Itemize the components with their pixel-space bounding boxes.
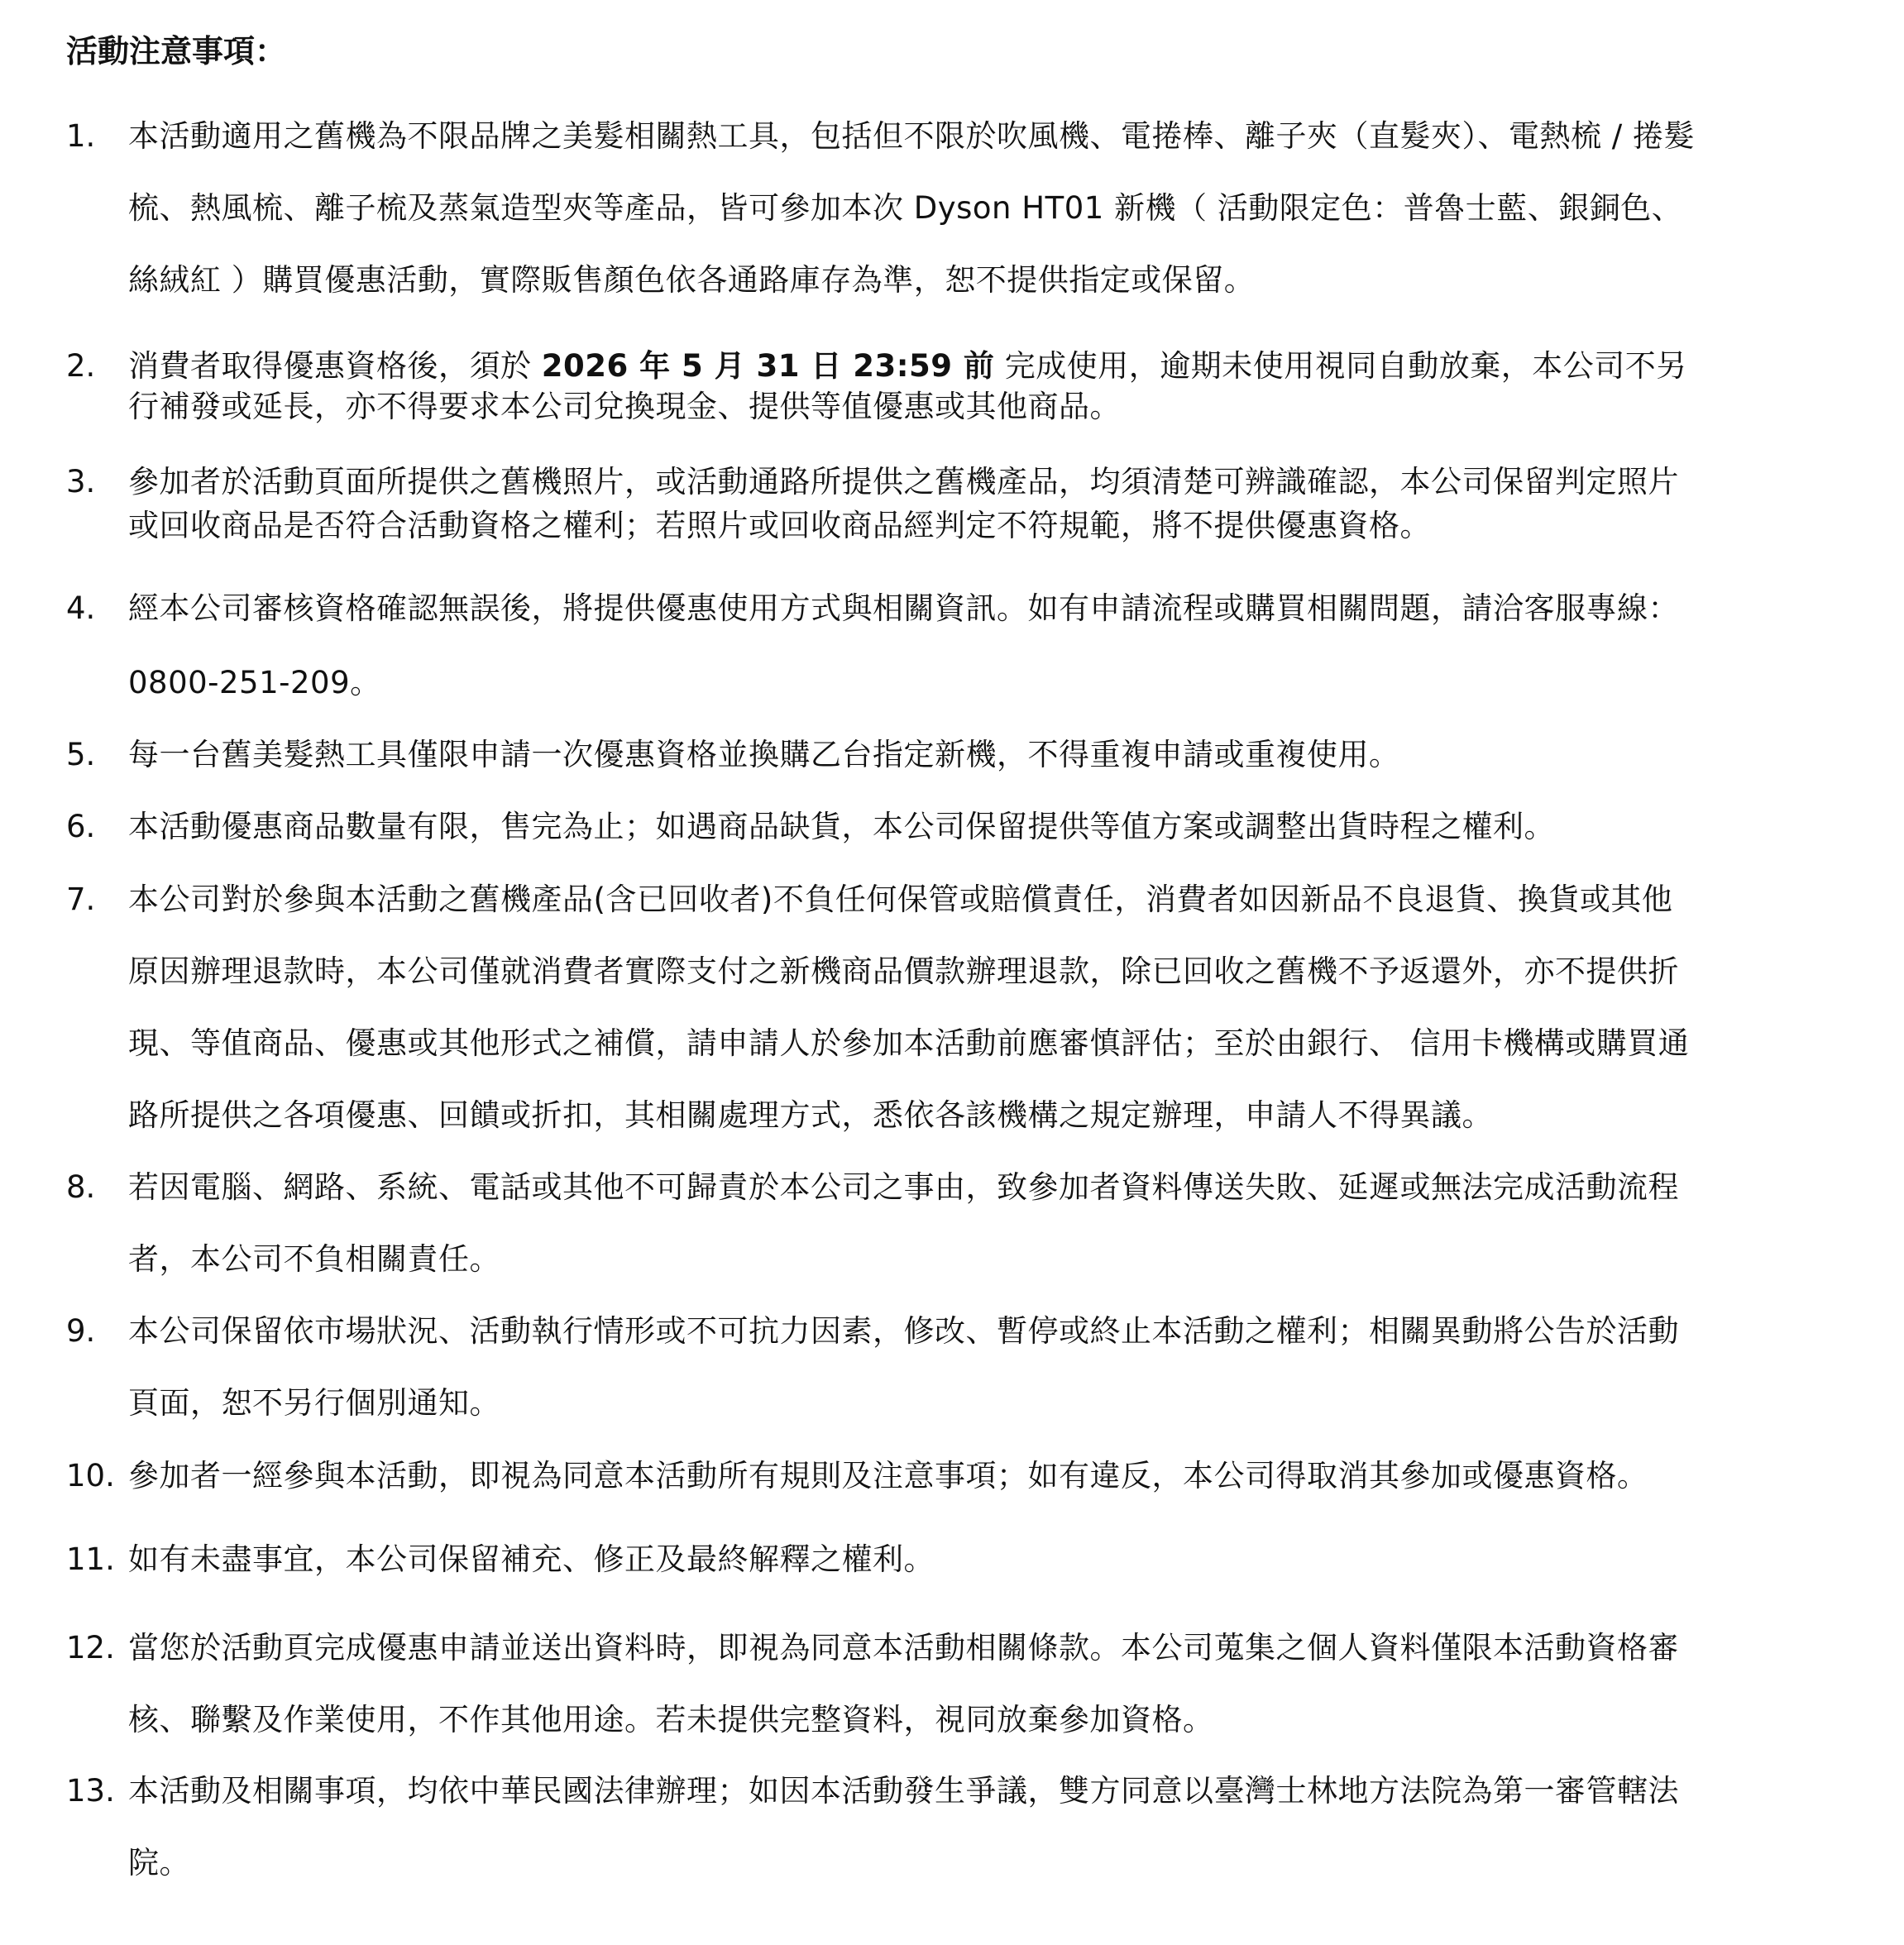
item-text-line: 如有未盡事宜，本公司保留補充、修正及最終解釋之權利。 [128,1540,935,1579]
item-text-line: 行補發或延長，亦不得要求本公司兌換現金、提供等值優惠或其他商品。 [128,387,1121,427]
item-text-before-deadline: 消費者取得優惠資格後，須於 [128,348,542,384]
item-text-line: 頁面，恕不另行個別通知。 [128,1383,500,1423]
item-number: 7. [66,880,128,920]
item-text-line: 本活動適用之舊機為不限品牌之美髮相關熱工具，包括但不限於吹風機、電捲棒、離子夾（… [128,117,1695,156]
item-text-line: 者，本公司不負相關責任。 [128,1240,500,1279]
item-number: 9. [66,1312,128,1351]
item-text-line: 原因辦理退款時，本公司僅就消費者實際支付之新機商品價款辦理退款，除已回收之舊機不… [128,952,1679,992]
item-text-line: 本活動優惠商品數量有限，售完為止；如遇商品缺貨，本公司保留提供等值方案或調整出貨… [128,807,1555,847]
item-text-line: 經本公司審核資格確認無誤後，將提供優惠使用方式與相關資訊。如有申請流程或購買相關… [128,589,1679,628]
item-text-line: 參加者於活動頁面所提供之舊機照片，或活動通路所提供之舊機產品，均須清楚可辨識確認… [128,462,1679,502]
item-text-line: 院。 [128,1843,190,1883]
item-text-line: 本公司保留依市場狀況、活動執行情形或不可抗力因素，修改、暫停或終止本活動之權利；… [128,1312,1679,1351]
item-text-line: 每一台舊美髮熱工具僅限申請一次優惠資格並換購乙台指定新機，不得重複申請或重複使用… [128,735,1400,775]
item-number: 6. [66,807,128,847]
item-text-line: 消費者取得優惠資格後，須於 2026 年 5 月 31 日 23:59 前 完成… [128,346,1687,386]
item-number: 2. [66,346,128,386]
item-number: 8. [66,1168,128,1207]
item-text-line: 若因電腦、網路、系統、電話或其他不可歸責於本公司之事由，致參加者資料傳送失敗、延… [128,1168,1679,1207]
hotline-number: 0800-251-209。 [128,663,381,703]
item-text-line: 梳、熱風梳、離子梳及蒸氣造型夾等產品，皆可參加本次 Dyson HT01 新機（… [128,189,1682,228]
item-number: 11. [66,1540,128,1579]
item-text-line: 絲絨紅 ）購買優惠活動，實際販售顏色依各通路庫存為準，恕不提供指定或保留。 [128,260,1255,300]
item-number: 4. [66,589,128,628]
item-number: 13. [66,1771,128,1811]
item-text-after-deadline: 完成使用，逾期未使用視同自動放棄，本公司不另 [994,348,1686,384]
item-text-line: 本活動及相關事項，均依中華民國法律辦理；如因本活動發生爭議，雙方同意以臺灣士林地… [128,1771,1679,1811]
item-text-line: 參加者一經參與本活動，即視為同意本活動所有規則及注意事項；如有違反，本公司得取消… [128,1456,1648,1496]
item-number: 10. [66,1456,128,1496]
item-text-line: 現、等值商品、優惠或其他形式之補償，請申請人於參加本活動前應審慎評估；至於由銀行… [128,1024,1689,1063]
item-text-line: 當您於活動頁完成優惠申請並送出資料時，即視為同意本活動相關條款。本公司蒐集之個人… [128,1628,1679,1668]
deadline-text: 2026 年 5 月 31 日 23:59 前 [542,348,995,384]
item-text-line: 或回收商品是否符合活動資格之權利；若照片或回收商品經判定不符規範，將不提供優惠資… [128,506,1431,546]
item-number: 1. [66,117,128,156]
page-title: 活動注意事項： [66,31,286,71]
item-text-line: 路所提供之各項優惠、回饋或折扣，其相關處理方式，悉依各該機構之規定辦理，申請人不… [128,1096,1493,1135]
item-number: 3. [66,462,128,502]
item-number: 12. [66,1628,128,1668]
item-text-line: 核、聯繫及作業使用，不作其他用途。若未提供完整資料，視同放棄參加資格。 [128,1700,1214,1740]
item-text-line: 本公司對於參與本活動之舊機產品(含已回收者)不負任何保管或賠償責任，消費者如因新… [128,880,1672,920]
item-number: 5. [66,735,128,775]
